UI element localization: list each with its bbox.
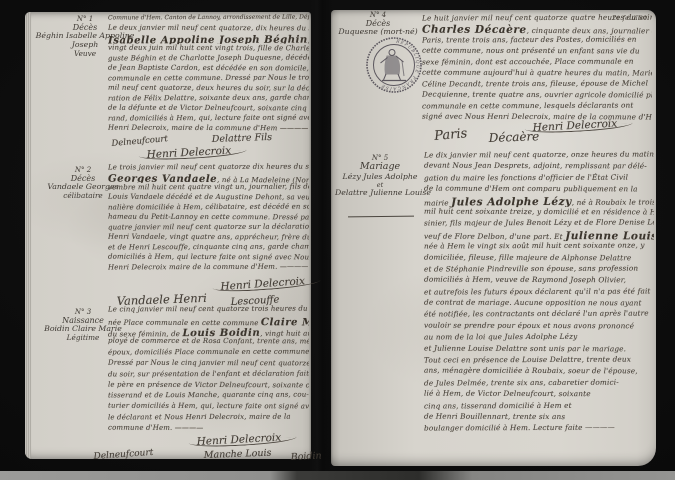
handwritten-line: sinier, fils majeur de Jules Benoit Lézy… — [424, 218, 654, 230]
handwritten-line: lié à Hem, de Victor Delneufcourt, soixa… — [424, 389, 654, 401]
handwritten-line: boulanger domicilié à Hem. Lecture faite… — [424, 423, 654, 435]
signature: Manche Louis — [204, 448, 272, 461]
handwritten-line: Henri Delecroix maire de la commune d'He… — [108, 263, 309, 274]
handwritten-line: de la commune d'Hem ont comparu publique… — [424, 184, 654, 196]
handwritten-line: au nom de la loi que Jules Adolphe Lézy — [424, 332, 654, 344]
signature: Boidin — [290, 450, 322, 463]
handwritten-line: été notifiée, les contractants ont décla… — [424, 309, 654, 321]
handwritten-line: domiciliés à Hem, veuve de Raymond Josep… — [424, 275, 654, 287]
handwritten-line: communale en cette commune, lesquels déc… — [422, 100, 652, 112]
right-page: 2e feuillet. N° 4DécèsDuquesne (mort-né)… — [331, 10, 656, 466]
scanned-register-spread: { "folio_note": "2e feuillet.", "seal": … — [0, 0, 675, 480]
margin-note-entry-5: N° 5MariageLézy Jules AdolpheetDelattre … — [335, 154, 425, 198]
margin-note-entry-4: N° 4DécèsDuquesne (mort-né) — [337, 11, 419, 37]
handwritten-line: Charles Décaère, cinquante deux ans, jou… — [422, 24, 652, 36]
left-page: N° 1DécèsBéghin Isabelle AppolineJosephV… — [25, 12, 311, 459]
entry-3-birth-record-text: Le cinq janvier mil neuf cent quatorze t… — [108, 305, 309, 435]
emphasized-name: Georges Vandaele — [108, 173, 217, 184]
handwritten-line: turier domiciliés à Hem, qui, lecture fa… — [108, 402, 309, 413]
handwritten-line: devant Nous Jean Desprets, adjoint, remp… — [424, 161, 654, 173]
handwritten-line: et autrefois les futurs époux déclarent … — [424, 286, 654, 298]
handwritten-line: cette commune, nous ont présenté un enfa… — [422, 46, 652, 58]
handwritten-line: cette commune aujourd'hui à quatre heure… — [422, 68, 652, 80]
handwritten-line: Delattre Julienne Louise — [335, 189, 425, 198]
signature: Décaère — [489, 129, 540, 145]
emphasized-name: Jules Adolphe Lézy — [451, 195, 572, 207]
emphasized-name: Charles Décaère — [422, 24, 527, 36]
handwritten-line: N° 4 — [337, 11, 419, 19]
handwritten-line: ans, ménagère domiciliée à Roubaix, soeu… — [424, 366, 654, 378]
handwritten-line: sexe féminin, dont est accouchée, Place … — [422, 56, 652, 68]
handwritten-line: mairie Jules Adolphe Lézy, né à Roubaix … — [424, 195, 654, 207]
handwritten-line: Henri Delecroix, maire de la commune d'H… — [108, 124, 309, 135]
handwritten-line: Decquienne, trente quatre ans, ouvrier a… — [422, 90, 652, 102]
handwritten-line: et Julienne Louise Delattre sont unis pa… — [424, 343, 654, 355]
entry-1-death-record-text: Commune d'Hem. Canton de Lannoy, arrondi… — [108, 14, 309, 134]
handwritten-line: époux, domiciliés Place communale en cet… — [108, 348, 309, 360]
entry-5-marriage-record-text: Le dix janvier mil neuf cent quatorze, o… — [424, 150, 654, 435]
handwritten-line: Dressé par Nous le cinq janvier mil neuf… — [108, 359, 309, 370]
margin-note-underline — [348, 216, 414, 218]
handwritten-line: cinq ans, tisserand domicilié à Hem et — [424, 400, 654, 412]
signature: Paris — [434, 126, 468, 144]
handwritten-line: née Place communale en cette commune Cla… — [108, 315, 309, 326]
handwritten-line: Céline Decandt, trente trois ans, fileus… — [422, 78, 652, 90]
emphasized-name: Claire Marie — [261, 316, 309, 327]
handwritten-line: Le huit janvier mil neuf cent quatorze q… — [422, 12, 652, 24]
handwritten-line: née à Hem le vingt six août mil huit cen… — [424, 241, 654, 253]
book-binding-gutter — [309, 0, 333, 472]
entry-4-stillbirth-record-text: Le huit janvier mil neuf cent quatorze q… — [422, 13, 652, 123]
table-surface-strip — [0, 471, 675, 480]
signature: Delattre Fils — [212, 132, 273, 145]
official-seal-icon: RÉPUBLIQUE FRANÇAISE — [365, 36, 423, 94]
handwritten-line: Paris, trente trois ans, facteur des Pos… — [422, 34, 652, 46]
entry-2-death-record-text: Le trois janvier mil neuf cent quatorze … — [108, 163, 309, 273]
handwritten-line: le déclarant et Nous Henri Delecroix, ma… — [108, 413, 309, 425]
handwritten-line: domiciliée, fileuse, fille majeure de Al… — [424, 252, 654, 264]
handwritten-line: du soir, sur présentation de l'enfant et… — [108, 369, 309, 381]
